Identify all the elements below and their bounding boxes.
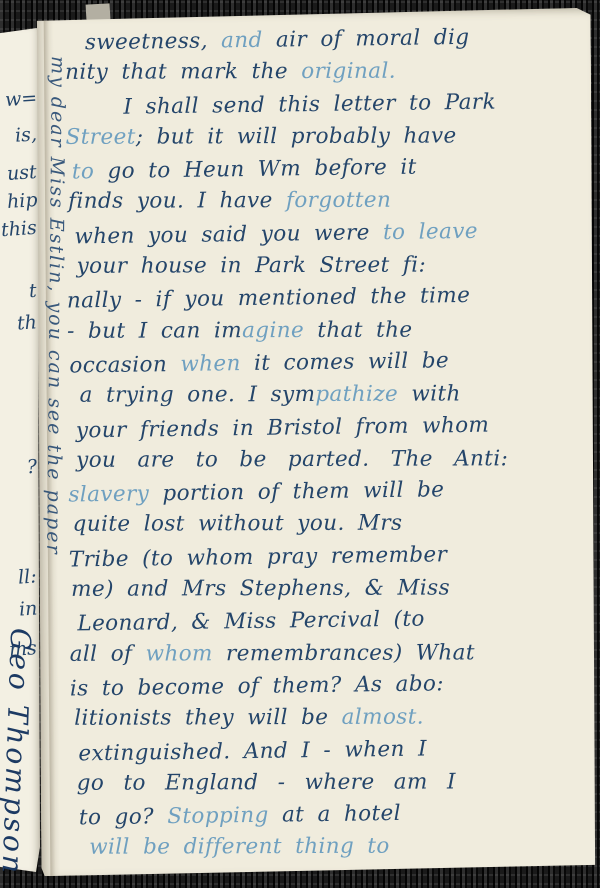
edge-fragment: t [29,280,38,302]
edge-fragment: this [1,217,38,241]
manuscript-line: to go? Stopping at a hotel [71,795,586,834]
manuscript-word-segment: your friends in Bristol from whom [76,412,490,443]
manuscript-word-segment: that the [304,317,413,342]
manuscript-word-segment: almost. [342,705,424,730]
manuscript-line: quite lost without you. Mrs [69,507,584,541]
manuscript-word-segment: will be different thing to [89,834,390,860]
manuscript-line: your house in Park Street fi: [67,249,582,283]
paper-tab [86,3,111,20]
edge-fragment: in [18,597,38,620]
manuscript-word-segment: finds you. I have [68,189,286,215]
photo-background: w=is,usthipthistth?ll:inms Geo Thompson … [0,0,600,888]
manuscript-line: sweetness, and air of moral dig [65,20,580,59]
manuscript-word-segment: I shall send this letter to Park [123,89,496,119]
manuscript-word-segment: and [221,28,276,54]
manuscript-word-segment: nally - if you mentioned the time [67,283,471,314]
manuscript-word-segment: me) and Mrs Stephens, & Miss [71,576,450,602]
manuscript-word-segment: occasion [69,352,180,379]
edge-fragment: ? [26,456,38,479]
manuscript-line: Tribe (to whom pray remember [69,537,584,576]
manuscript-word-segment: it comes will be [241,348,450,376]
manuscript-word-segment: whom [146,641,213,666]
manuscript-line: I shall send this letter to Park [65,85,580,124]
manuscript-line: will be different thing to [71,830,586,864]
letter-page: my dear Miss Estlin, you can see the pap… [35,8,598,876]
manuscript-word-segment: when [180,351,241,377]
manuscript-line: when you said you were to leave [66,214,581,253]
manuscript-word-segment: your house in Park Street fi: [77,253,427,279]
edge-fragment: ust [7,161,38,185]
manuscript-word-segment: to leave [383,219,478,245]
manuscript-line: slavery portion of them will be [68,472,583,511]
edge-fragment: th [16,311,37,334]
manuscript-line: - but I can imagine that the [67,314,582,348]
manuscript-word-segment: air of moral dig [276,25,470,53]
manuscript-word-segment: is to become of them? As abo: [70,671,444,701]
manuscript-word-segment: extinguished. And I - when I [78,736,427,766]
manuscript-word-segment: a trying one. I sym [80,382,316,408]
manuscript-line: occasion when it comes will be [67,343,582,382]
manuscript-word-segment: sweetness, [85,28,222,55]
manuscript-line: your friends in Bristol from whom [68,408,583,447]
edge-fragment: w= [4,87,38,111]
manuscript-word-segment: at a hotel [269,801,402,828]
manuscript-word-segment: all of [70,641,146,666]
manuscript-word-segment: Tribe (to whom pray remember [69,542,448,572]
manuscript-line: finds you. I have forgotten [66,185,581,219]
edge-fragment: is, [14,123,37,146]
manuscript-word-segment: forgotten [286,188,391,213]
manuscript-word-segment: original. [301,59,396,84]
manuscript-word-segment: remembrances) What [213,640,475,666]
manuscript-line: go to England - where am I [71,766,586,800]
manuscript-line: Street; but it will probably have [66,120,581,154]
manuscript-word-segment: go to England - where am I [77,769,456,795]
manuscript-word-segment: ; but it will probably have [136,123,457,149]
letter-lines: sweetness, and air of moral dignity that… [65,22,587,868]
manuscript-word-segment: portion of them will be [162,477,444,506]
manuscript-word-segment: Stopping [167,803,269,829]
manuscript-line: me) and Mrs Stephens, & Miss [69,572,584,606]
manuscript-word-segment: quite lost without you. Mrs [73,511,403,537]
manuscript-word-segment: go to Heun Wm before it [107,155,417,184]
manuscript-word-segment: slavery [68,481,162,507]
manuscript-line: extinguished. And I - when I [70,731,585,770]
manuscript-word-segment: to [72,159,108,184]
manuscript-word-segment: when you said you were [74,220,383,249]
manuscript-line: you are to be parted. The Anti: [68,443,583,477]
edge-fragment: ll: [18,565,38,588]
manuscript-word-segment: Street [66,124,136,149]
manuscript-line: is to become of them? As abo: [70,666,585,705]
manuscript-line: nity that mark the original. [65,55,580,89]
manuscript-line: to go to Heun Wm before it [66,150,581,189]
manuscript-word-segment: - but I can im [67,318,242,344]
manuscript-word-segment: nity that mark the [65,59,301,85]
manuscript-line: litionists they will be almost. [70,701,585,735]
manuscript-line: all of whom remembrances) What [70,637,585,671]
manuscript-line: Leonard, & Miss Percival (to [69,602,584,641]
manuscript-word-segment: pathize [315,382,398,407]
manuscript-word-segment: with [398,382,461,407]
manuscript-word-segment: litionists they will be [74,705,342,731]
manuscript-line: a trying one. I sympathize with [68,378,583,412]
manuscript-line: nally - if you mentioned the time [67,279,582,318]
manuscript-word-segment: Leonard, & Miss Percival (to [77,607,425,637]
edge-fragment: hip [6,189,38,213]
manuscript-word-segment: agine [242,318,304,343]
manuscript-word-segment: you are to be parted. The Anti: [76,446,508,473]
manuscript-word-segment: to go? [79,804,168,830]
